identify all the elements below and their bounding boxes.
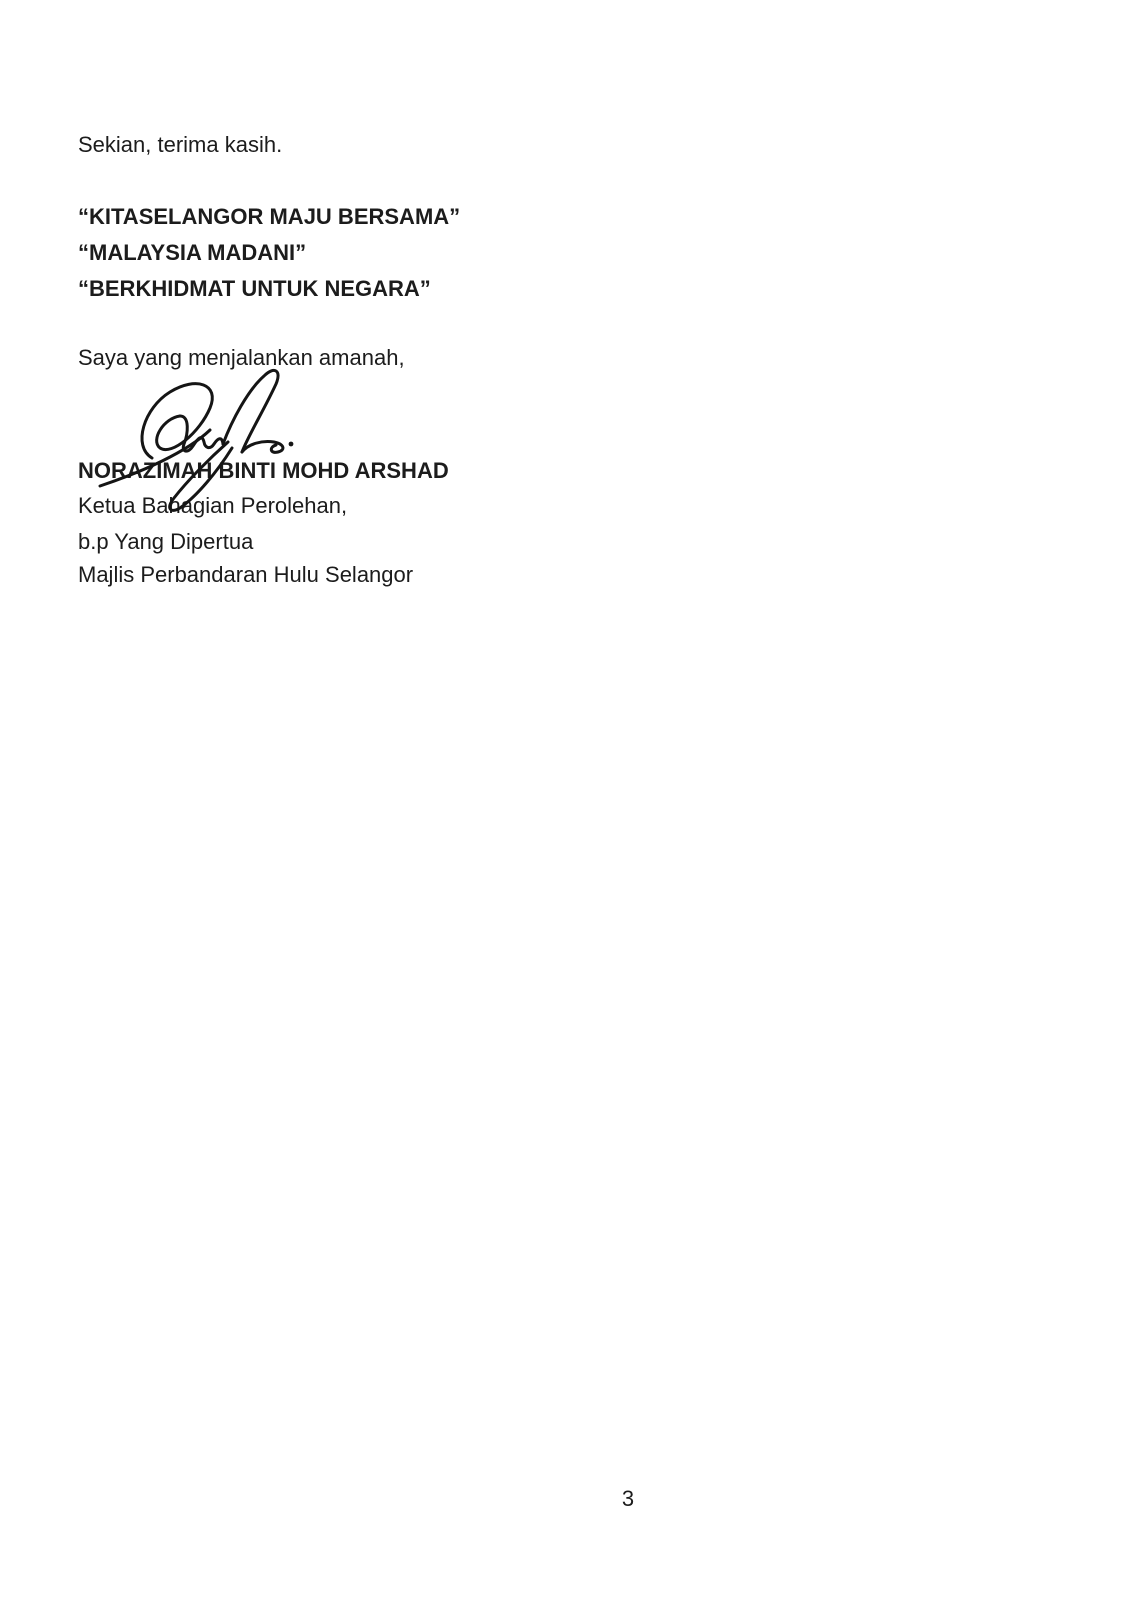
document-page: Sekian, terima kasih. “KITASELANGOR MAJU… — [0, 0, 1131, 1600]
slogan-kitaselangor: “KITASELANGOR MAJU BERSAMA” — [78, 203, 460, 230]
slogan-berkhidmat: “BERKHIDMAT UNTUK NEGARA” — [78, 275, 431, 302]
signatory-on-behalf: b.p Yang Dipertua — [78, 528, 253, 555]
signatory-organization: Majlis Perbandaran Hulu Selangor — [78, 561, 413, 588]
signatory-role: Ketua Bahagian Perolehan, — [78, 492, 347, 519]
signoff-intro: Saya yang menjalankan amanah, — [78, 344, 405, 371]
closing-remark: Sekian, terima kasih. — [78, 131, 282, 158]
slogan-malaysia-madani: “MALAYSIA MADANI” — [78, 239, 306, 266]
signatory-name: NORAZIMAH BINTI MOHD ARSHAD — [78, 457, 449, 484]
page-number: 3 — [600, 1486, 656, 1512]
